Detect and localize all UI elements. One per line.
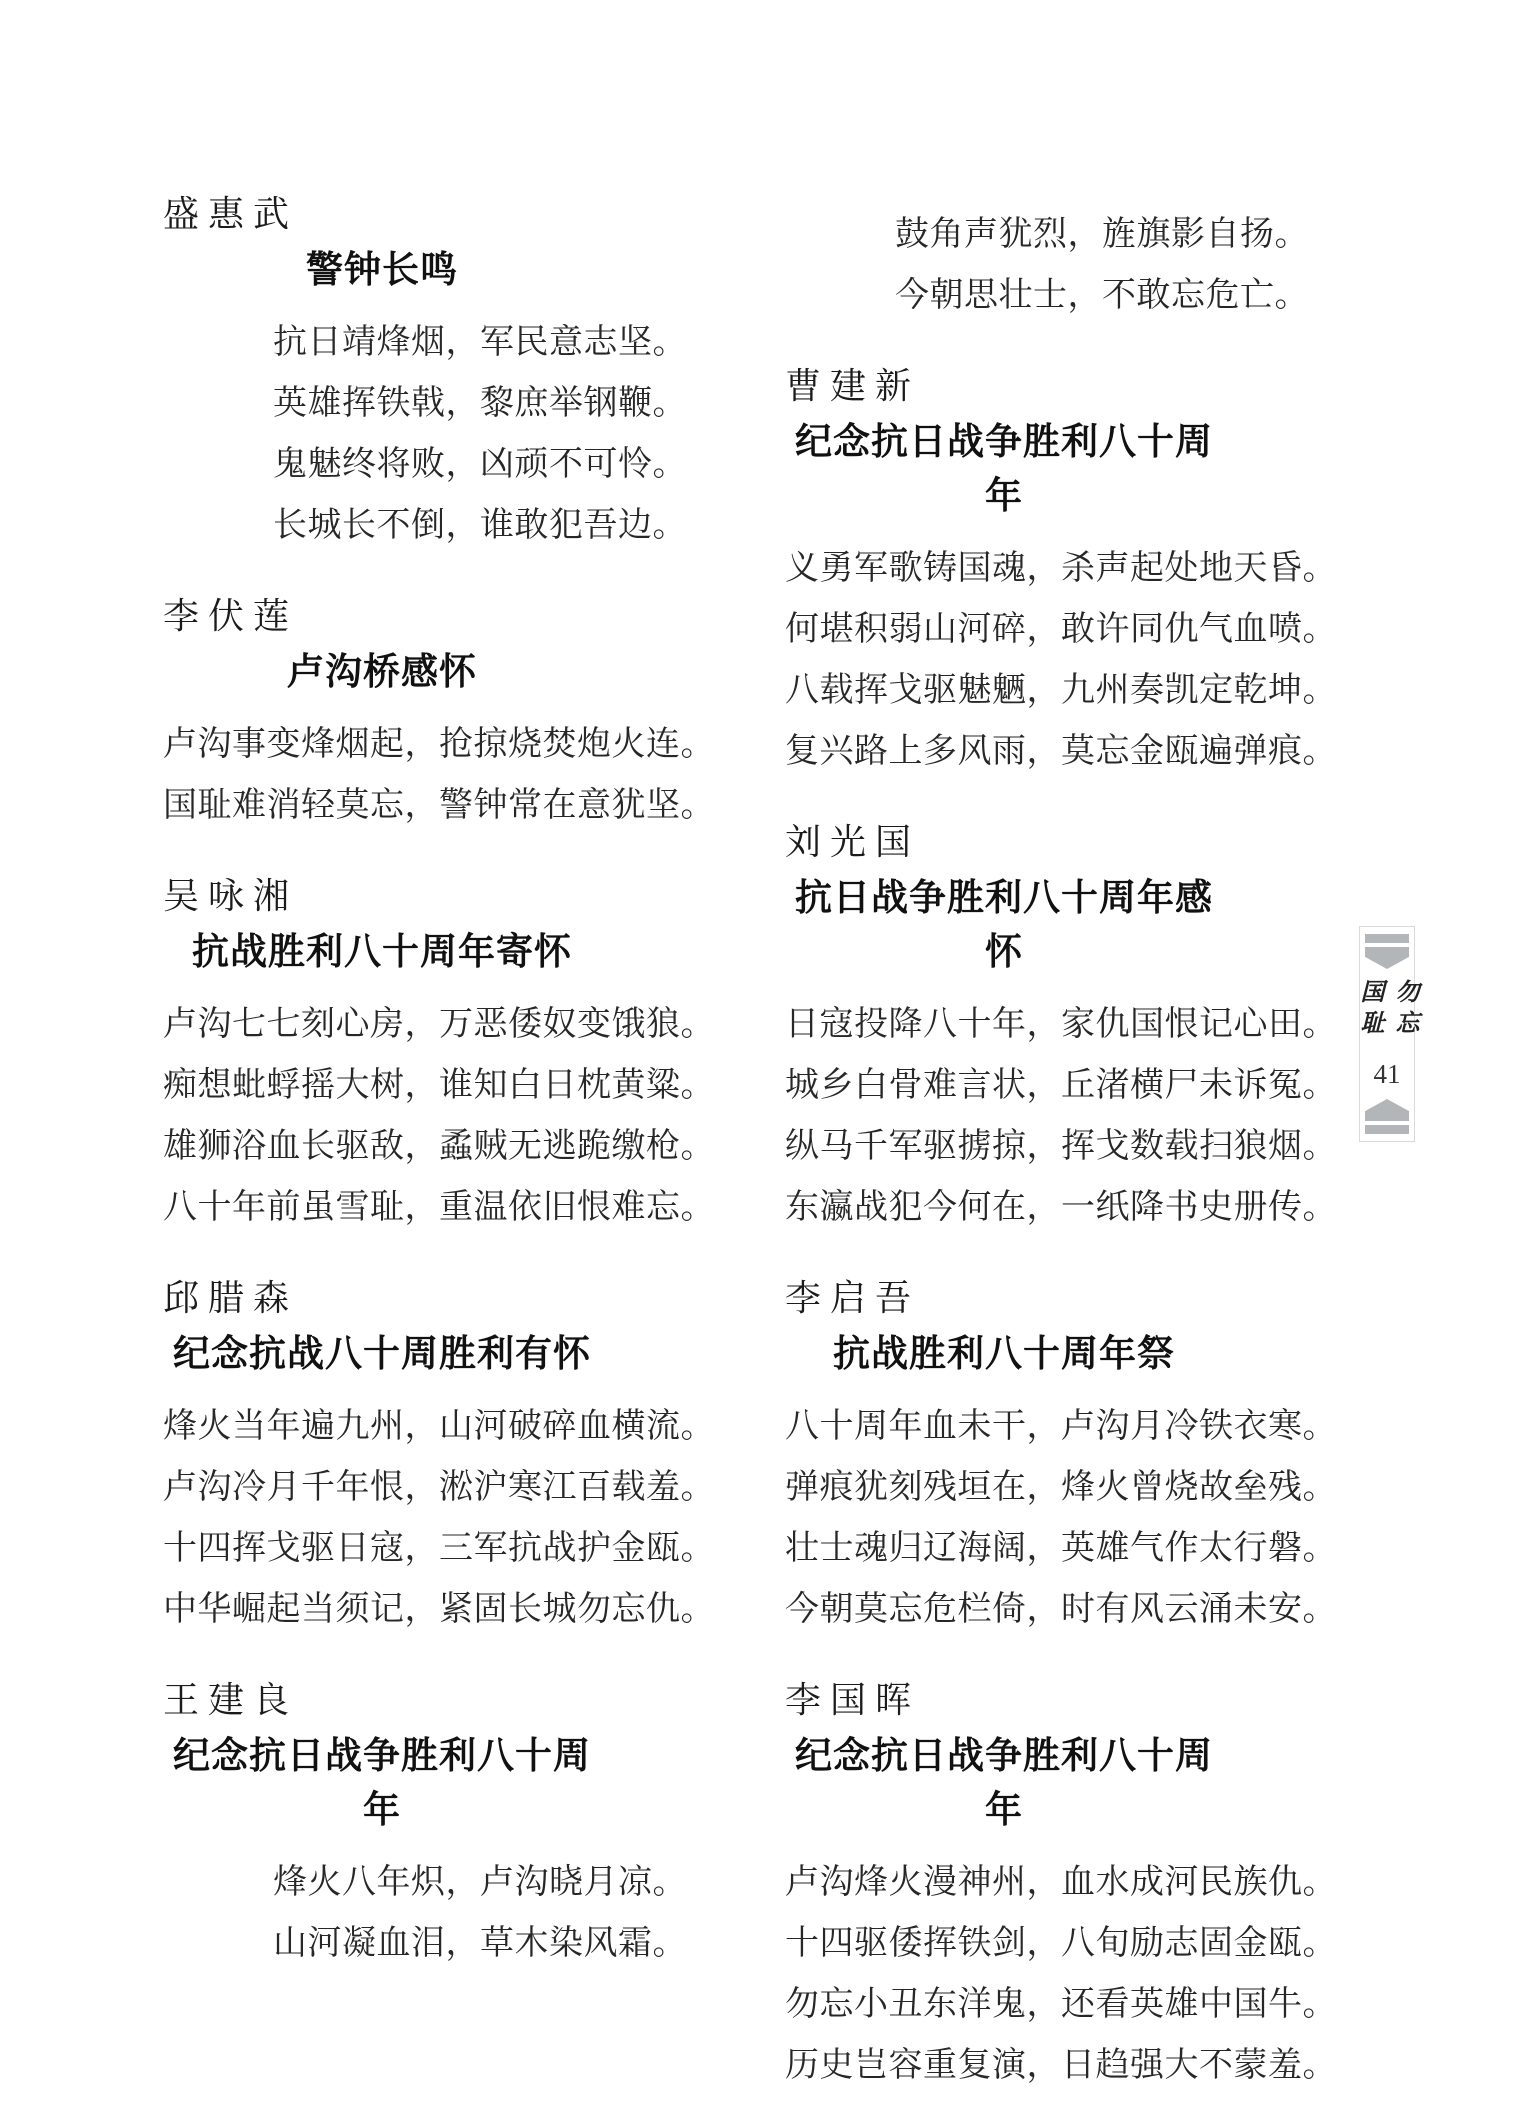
poem-section: 王建良纪念抗日战争胜利八十周年烽火八年炽，卢沟晓月凉。山河凝血泪，草木染风霜。: [163, 1676, 691, 1974]
poem-line: 山河凝血泪，草木染风霜。: [163, 1913, 691, 1974]
ribbon-bottom-chevron-icon: [1365, 1099, 1409, 1121]
poem-line: 十四驱倭挥铁剑，八旬励志固金瓯。: [785, 1913, 1313, 1974]
poem-line: 痴想蚍蜉摇大树，谁知白日枕黄粱。: [163, 1055, 691, 1116]
poem-line: 抗日靖烽烟，军民意志坚。: [163, 312, 691, 373]
poem-line: 义勇军歌铸国魂，杀声起处地天昏。: [785, 538, 1313, 599]
poem-line: 东瀛战犯今何在，一纸降书史册传。: [785, 1177, 1313, 1238]
ribbon-top-chevron-icon: [1365, 947, 1409, 969]
poem-line: 国耻难消轻莫忘，警钟常在意犹坚。: [163, 775, 691, 836]
poem-title: 抗日战争胜利八十周年感怀: [785, 872, 1313, 980]
poem-line: 今朝思壮士，不敢忘危亡。: [785, 265, 1313, 326]
poem-line: 壮士魂归辽海阔，英雄气作太行磐。: [785, 1518, 1313, 1579]
poem-line: 卢沟冷月千年恨，淞沪寒江百载羞。: [163, 1457, 691, 1518]
poem-line: 今朝莫忘危栏倚，时有风云涌未安。: [785, 1579, 1313, 1640]
poem-body: 鼓角声犹烈，旌旗影自扬。今朝思壮士，不敢忘危亡。: [785, 204, 1313, 326]
poem-line: 八十年前虽雪耻，重温依旧恨难忘。: [163, 1177, 691, 1238]
poem-line: 何堪积弱山河碎，敢许同仇气血喷。: [785, 599, 1313, 660]
poem-body: 卢沟七七刻心房，万恶倭奴变饿狼。痴想蚍蜉摇大树，谁知白日枕黄粱。雄狮浴血长驱敌，…: [163, 994, 691, 1238]
poem-section: 李启吾抗战胜利八十周年祭八十周年血未干，卢沟月冷铁衣寒。弹痕犹刻残垣在，烽火曾烧…: [785, 1274, 1313, 1640]
poem-body: 抗日靖烽烟，军民意志坚。英雄挥铁戟，黎庶举钢鞭。鬼魅终将败，凶顽不可怜。长城长不…: [163, 312, 691, 556]
poem-line: 长城长不倒，谁敢犯吾边。: [163, 495, 691, 556]
poem-body: 烽火八年炽，卢沟晓月凉。山河凝血泪，草木染风霜。: [163, 1852, 691, 1974]
poem-line: 卢沟七七刻心房，万恶倭奴变饿狼。: [163, 994, 691, 1055]
poem-line: 历史岂容重复演，日趋强大不蒙羞。: [785, 2035, 1313, 2096]
poem-line: 城乡白骨难言状，丘渚横尸未诉冤。: [785, 1055, 1313, 1116]
poem-title: 纪念抗日战争胜利八十周年: [785, 1730, 1313, 1838]
poem-line: 英雄挥铁戟，黎庶举钢鞭。: [163, 373, 691, 434]
poem-author: 邱腊森: [163, 1274, 691, 1322]
poem-line: 雄狮浴血长驱敌，蟊贼无逃跪缴枪。: [163, 1116, 691, 1177]
page-marker-ribbon: 勿忘国耻 41: [1359, 926, 1415, 1142]
poem-author: 李伏莲: [163, 592, 691, 640]
poem-title: 抗战胜利八十周年祭: [785, 1328, 1313, 1382]
poem-line: 鼓角声犹烈，旌旗影自扬。: [785, 204, 1313, 265]
poem-title: 纪念抗日战争胜利八十周年: [785, 416, 1313, 524]
poem-line: 八十周年血未干，卢沟月冷铁衣寒。: [785, 1396, 1313, 1457]
left-column: 盛惠武警钟长鸣抗日靖烽烟，军民意志坚。英雄挥铁戟，黎庶举钢鞭。鬼魅终将败，凶顽不…: [163, 190, 691, 1974]
ribbon-bottom-bar: [1365, 1125, 1409, 1134]
poem-title: 抗战胜利八十周年寄怀: [163, 926, 691, 980]
poem-author: 李启吾: [785, 1274, 1313, 1322]
poem-body: 八十周年血未干，卢沟月冷铁衣寒。弹痕犹刻残垣在，烽火曾烧故垒残。壮士魂归辽海阔，…: [785, 1396, 1313, 1640]
poem-line: 八载挥戈驱魅魉，九州奏凯定乾坤。: [785, 660, 1313, 721]
poem-section: 李国晖纪念抗日战争胜利八十周年卢沟烽火漫神州，血水成河民族仇。十四驱倭挥铁剑，八…: [785, 1676, 1313, 2096]
poem-line: 日寇投降八十年，家仇国恨记心田。: [785, 994, 1313, 1055]
poem-section: 刘光国抗日战争胜利八十周年感怀日寇投降八十年，家仇国恨记心田。城乡白骨难言状，丘…: [785, 818, 1313, 1238]
poem-section: 李伏莲卢沟桥感怀卢沟事变烽烟起，抢掠烧焚炮火连。国耻难消轻莫忘，警钟常在意犹坚。: [163, 592, 691, 836]
poem-body: 烽火当年遍九州，山河破碎血横流。卢沟冷月千年恨，淞沪寒江百载羞。十四挥戈驱日寇，…: [163, 1396, 691, 1640]
poem-title: 纪念抗日战争胜利八十周年: [163, 1730, 691, 1838]
poem-section: 邱腊森纪念抗战八十周胜利有怀烽火当年遍九州，山河破碎血横流。卢沟冷月千年恨，淞沪…: [163, 1274, 691, 1640]
poem-line: 鬼魅终将败，凶顽不可怜。: [163, 434, 691, 495]
poem-author: 吴咏湘: [163, 872, 691, 920]
poem-line: 勿忘小丑东洋鬼，还看英雄中国牛。: [785, 1974, 1313, 2035]
poem-author: 曹建新: [785, 362, 1313, 410]
poem-title: 纪念抗战八十周胜利有怀: [163, 1328, 691, 1382]
poem-body: 日寇投降八十年，家仇国恨记心田。城乡白骨难言状，丘渚横尸未诉冤。纵马千军驱掳掠，…: [785, 994, 1313, 1238]
ribbon-top-bar: [1365, 934, 1409, 943]
poem-author: 王建良: [163, 1676, 691, 1724]
poem-line: 卢沟烽火漫神州，血水成河民族仇。: [785, 1852, 1313, 1913]
poem-body: 义勇军歌铸国魂，杀声起处地天昏。何堪积弱山河碎，敢许同仇气血喷。八载挥戈驱魅魉，…: [785, 538, 1313, 782]
poem-section: 盛惠武警钟长鸣抗日靖烽烟，军民意志坚。英雄挥铁戟，黎庶举钢鞭。鬼魅终将败，凶顽不…: [163, 190, 691, 556]
poem-line: 卢沟事变烽烟起，抢掠烧焚炮火连。: [163, 714, 691, 775]
poem-author: 刘光国: [785, 818, 1313, 866]
sidebar-motto: 勿忘国耻: [1352, 979, 1422, 1057]
poem-body: 卢沟烽火漫神州，血水成河民族仇。十四驱倭挥铁剑，八旬励志固金瓯。勿忘小丑东洋鬼，…: [785, 1852, 1313, 2096]
poem-section: 曹建新纪念抗日战争胜利八十周年义勇军歌铸国魂，杀声起处地天昏。何堪积弱山河碎，敢…: [785, 362, 1313, 782]
poem-line: 十四挥戈驱日寇，三军抗战护金瓯。: [163, 1518, 691, 1579]
right-column: 鼓角声犹烈，旌旗影自扬。今朝思壮士，不敢忘危亡。曹建新纪念抗日战争胜利八十周年义…: [785, 190, 1313, 2096]
poem-author: 李国晖: [785, 1676, 1313, 1724]
book-page: 盛惠武警钟长鸣抗日靖烽烟，军民意志坚。英雄挥铁戟，黎庶举钢鞭。鬼魅终将败，凶顽不…: [0, 0, 1525, 2115]
poem-title: 卢沟桥感怀: [163, 646, 691, 700]
poem-line: 烽火八年炽，卢沟晓月凉。: [163, 1852, 691, 1913]
poem-section: 鼓角声犹烈，旌旗影自扬。今朝思壮士，不敢忘危亡。: [785, 204, 1313, 326]
poem-line: 中华崛起当须记，紧固长城勿忘仇。: [163, 1579, 691, 1640]
page-number: 41: [1374, 1057, 1401, 1091]
poem-section: 吴咏湘抗战胜利八十周年寄怀卢沟七七刻心房，万恶倭奴变饿狼。痴想蚍蜉摇大树，谁知白…: [163, 872, 691, 1238]
poem-author: 盛惠武: [163, 190, 691, 238]
poem-line: 烽火当年遍九州，山河破碎血横流。: [163, 1396, 691, 1457]
poem-line: 复兴路上多风雨，莫忘金瓯遍弹痕。: [785, 721, 1313, 782]
poem-line: 弹痕犹刻残垣在，烽火曾烧故垒残。: [785, 1457, 1313, 1518]
poem-title: 警钟长鸣: [163, 244, 691, 298]
poem-line: 纵马千军驱掳掠，挥戈数载扫狼烟。: [785, 1116, 1313, 1177]
poem-body: 卢沟事变烽烟起，抢掠烧焚炮火连。国耻难消轻莫忘，警钟常在意犹坚。: [163, 714, 691, 836]
